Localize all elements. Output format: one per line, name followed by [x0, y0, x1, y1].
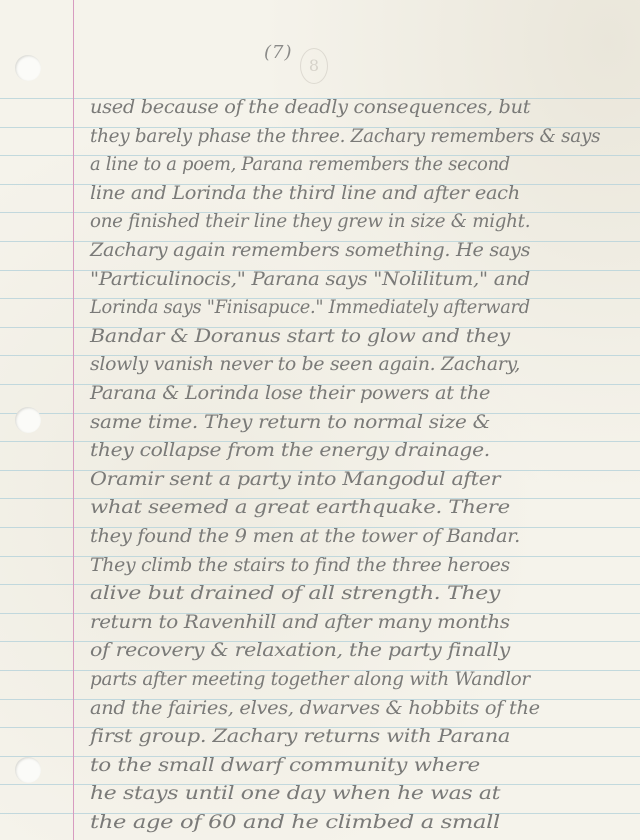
- handwritten-line: they collapse from the energy drainage.: [90, 439, 490, 461]
- handwritten-line: used because of the deadly consequences,…: [90, 96, 530, 118]
- handwritten-line: They climb the stairs to find the three …: [90, 554, 510, 576]
- handwritten-line: Parana & Lorinda lose their powers at th…: [90, 382, 490, 404]
- handwritten-line: Bandar & Doranus start to glow and they: [90, 325, 510, 347]
- handwritten-line: one finished their line they grew in siz…: [90, 210, 530, 232]
- handwritten-line: "Particulinocis," Parana says "Nolilitum…: [90, 268, 530, 290]
- notebook-page: (7) 8 used because of the deadly consequ…: [0, 0, 640, 840]
- handwritten-line: line and Lorinda the third line and afte…: [90, 182, 520, 204]
- handwritten-line: Lorinda says "Finisapuce." Immediately a…: [90, 296, 530, 318]
- handwritten-line: same time. They return to normal size &: [90, 411, 490, 433]
- handwritten-line: Zachary again remembers something. He sa…: [90, 239, 530, 261]
- handwritten-line: parts after meeting together along with …: [90, 668, 530, 690]
- handwritten-line: what seemed a great earthquake. There: [90, 496, 510, 518]
- handwritten-line: to the small dwarf community where: [90, 754, 480, 776]
- handwritten-line: slowly vanish never to be seen again. Za…: [90, 353, 520, 375]
- handwritten-line: Oramir sent a party into Mangodul after: [90, 468, 500, 490]
- handwritten-line: alive but drained of all strength. They: [90, 582, 500, 604]
- handwritten-line: they barely phase the three. Zachary rem…: [90, 125, 600, 147]
- handwritten-line: return to Ravenhill and after many month…: [90, 611, 510, 633]
- handwritten-line: he stays until one day when he was at: [90, 782, 500, 804]
- handwritten-line: first group. Zachary returns with Parana: [90, 725, 510, 747]
- handwritten-line: a line to a poem, Parana remembers the s…: [90, 153, 510, 175]
- handwritten-text: used because of the deadly consequences,…: [0, 0, 640, 840]
- handwritten-line: they found the 9 men at the tower of Ban…: [90, 525, 520, 547]
- handwritten-line: of recovery & relaxation, the party fina…: [90, 639, 510, 661]
- handwritten-line: the age of 60 and he climbed a small: [90, 811, 500, 833]
- handwritten-line: and the fairies, elves, dwarves & hobbit…: [90, 697, 540, 719]
